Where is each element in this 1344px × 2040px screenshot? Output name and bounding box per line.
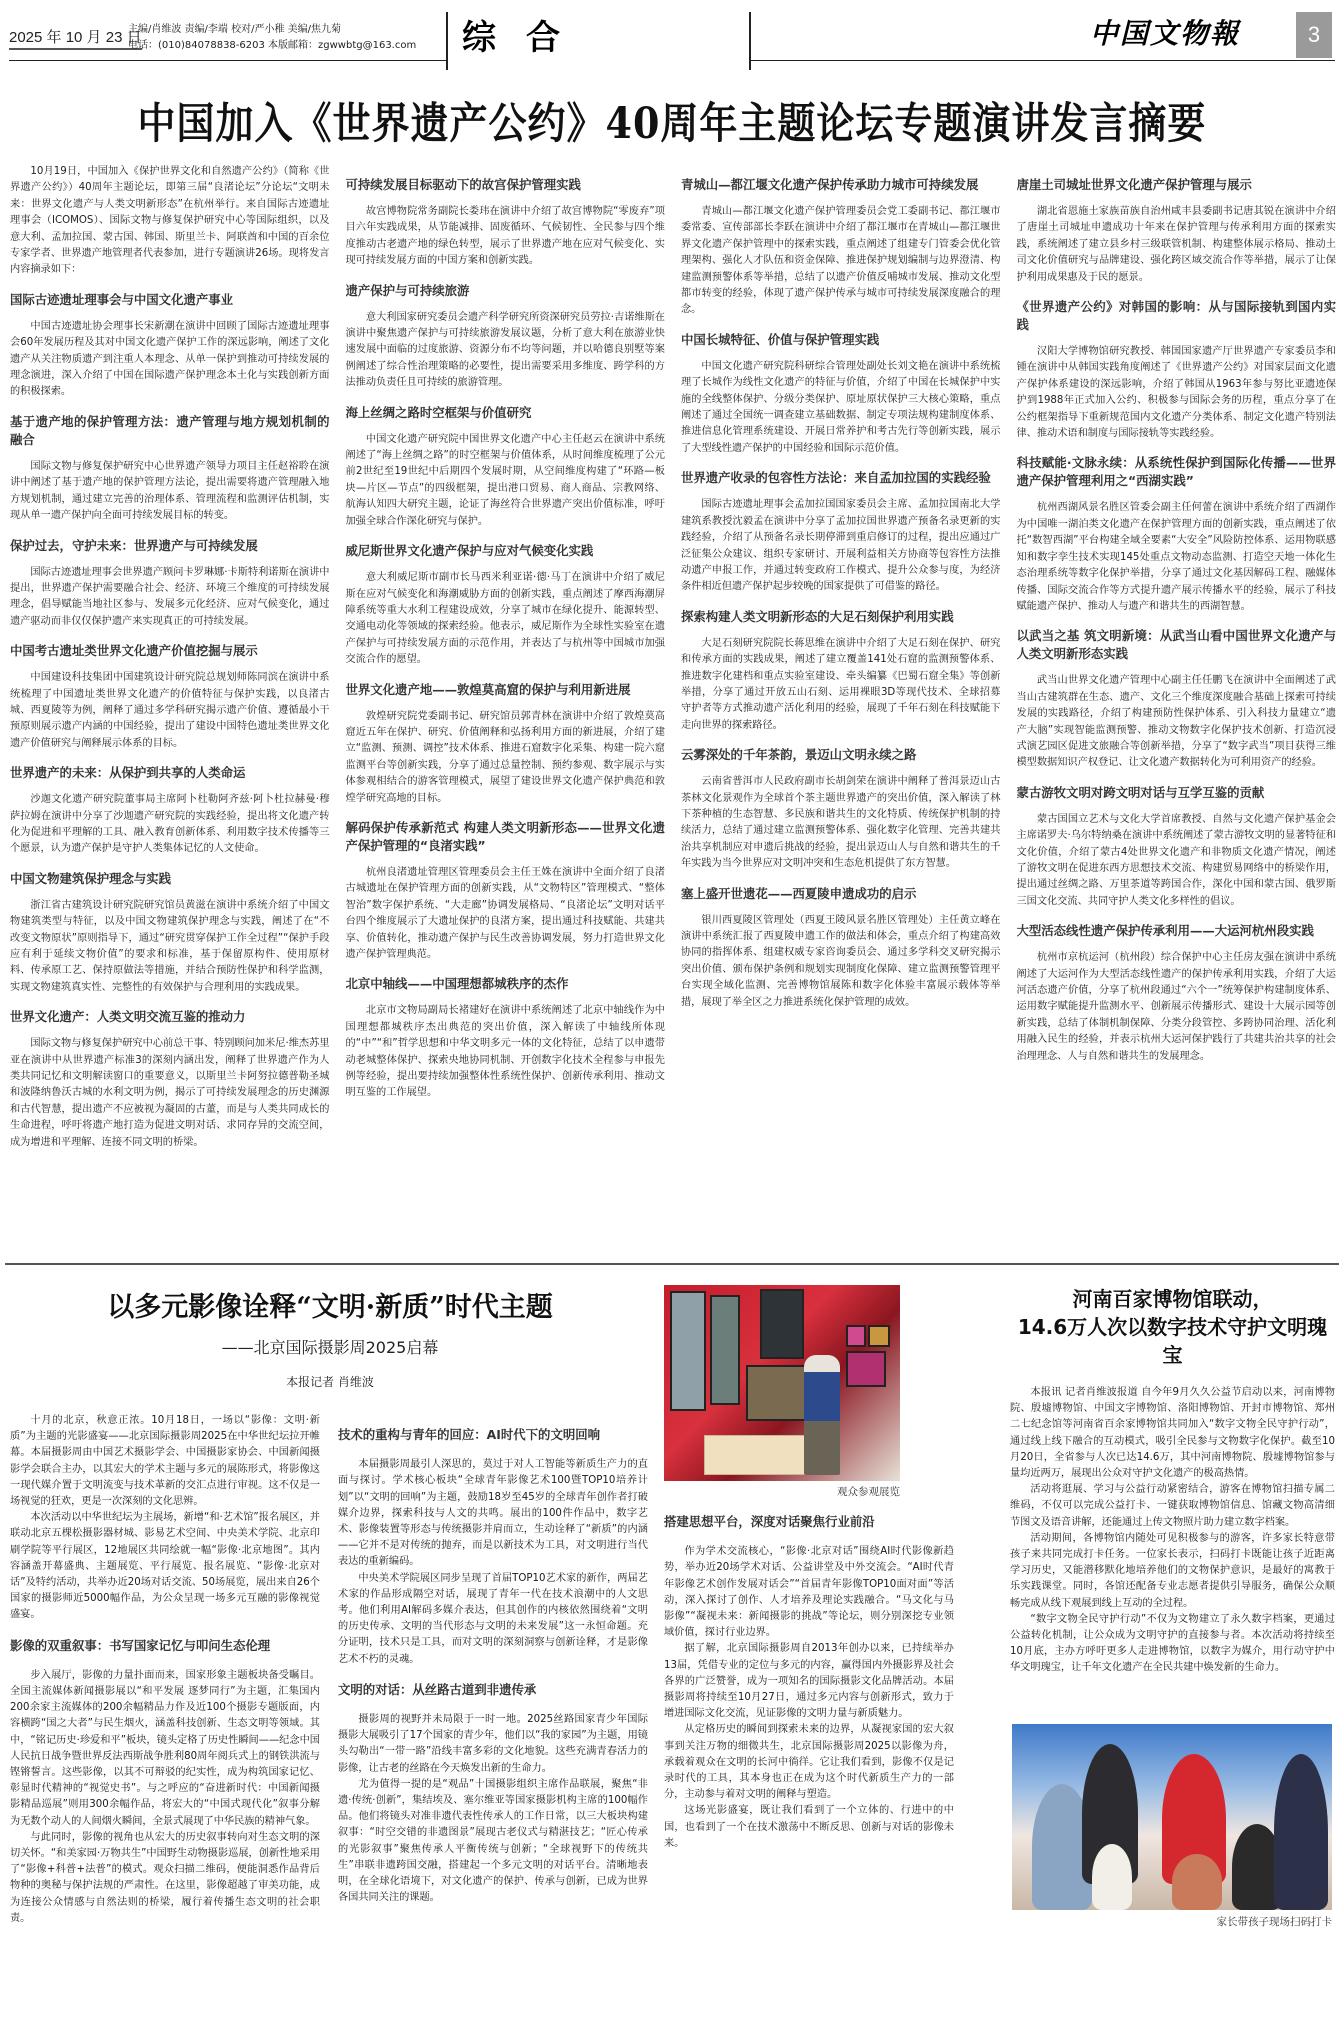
paragraph: 从定格历史的瞬间到探索未来的边界，从凝视家国的宏大叙事到关注万物的细微共生，北京…: [664, 1722, 954, 1803]
section-heading: 青城山—都江堰文化遗产保护传承助力城市可持续发展: [681, 176, 1001, 194]
paragraph: 中央美术学院展区同步呈现了首届TOP10艺术家的新作，两届艺术家的作品形成隔空对…: [338, 1571, 648, 1668]
section-body: 杭州市京杭运河（杭州段）综合保护中心主任房友强在演讲中系统阐述了大运河作为大型活…: [1017, 950, 1337, 1065]
section-heading: 大型活态线性遗产保护传承利用——大运河杭州段实践: [1017, 922, 1337, 940]
paragraph: 据了解，北京国际摄影周自2013年创办以来，已持续举办13届，凭借专业的定位与多…: [664, 1641, 954, 1722]
section-heading: 塞上盛开世遗花——西夏陵申遗成功的启示: [681, 885, 1001, 903]
masthead: 2025 年 10 月 23 日 主编/肖维波 责编/李端 校对/严小稚 美编/…: [0, 0, 1344, 70]
paragraph: 本报讯 记者肖维波报道 自今年9月久久公益节启动以来，河南博物院、殷墟博物馆、中…: [1010, 1385, 1335, 1482]
section-heading: 世界遗产的未来：从保护到共享的人类命运: [10, 764, 330, 782]
section-body: 故宫博物院常务副院长娄玮在演讲中介绍了故宫博物院“零废弃”项目六年实践成果，从节…: [346, 204, 666, 270]
museum-checkin-photo: [1012, 1724, 1332, 1910]
credits-contact: 电话：(010)84078838-6203 本版邮箱：zgwwbtg@163.c…: [128, 38, 416, 54]
paragraph: 活动将逛展、学习与公益行动紧密结合，游客在博物馆扫描专属二维码，不仅可以完成公益…: [1010, 1482, 1335, 1531]
page-number-badge: 3: [1296, 12, 1332, 58]
section-heading: 北京中轴线——中国理想都城秩序的杰作: [346, 975, 666, 993]
section-body: 中国古迹遗址协会理事长宋新潮在演讲中回顾了国际古迹遗址理事会60年发展历程及其对…: [10, 319, 330, 401]
section-body: 国际文物与修复保护研究中心前总干事、特别顾问加米尼·维杰苏里亚在演讲中从世界遗产…: [10, 1036, 330, 1151]
main-story-body: 10月19日，中国加入《保护世界文化和自然遗产公约》（简称《世界遗产公约》）40…: [10, 164, 1336, 1244]
paragraph: 尤为值得一提的是“观品”十国摄影组织主席作品联展，聚焦“非遗·传统·创新”，集结…: [338, 1777, 648, 1907]
section-heading: 海上丝绸之路时空框架与价值研究: [346, 404, 666, 422]
section-heading: 科技赋能·文脉永续：从系统性保护到国际化传播——世界遗产保护管理利用之“西湖实践…: [1017, 454, 1337, 490]
section-heading: 中国考古遗址类世界文化遗产价值挖掘与展示: [10, 642, 330, 660]
section-heading: 可持续发展目标驱动下的故宫保护管理实践: [346, 176, 666, 194]
section-bar-left: [446, 12, 448, 70]
visitor-figure: [804, 1355, 840, 1475]
section-body: 武当山世界文化遗产管理中心副主任任鹏飞在演讲中全面阐述了武当山古建筑群在生态、遗…: [1017, 673, 1337, 771]
section-heading: 搭建思想平台，深度对话聚焦行业前沿: [664, 1514, 954, 1530]
section-heading: 《世界遗产公约》对韩国的影响：从与国际接轨到国内实践: [1017, 298, 1337, 334]
paragraph: 十月的北京，秋意正浓。10月18日，一场以“影像：文明·新质”为主题的光影盛宴—…: [10, 1413, 320, 1510]
story-subtitle: ——北京国际摄影周2025启幕: [0, 1335, 660, 1358]
section-heading: 以武当之基 筑文明新境：从武当山看中国世界文化遗产与人类文明新形态实践: [1017, 627, 1337, 663]
photo-caption: 家长带孩子现场扫码打卡: [1012, 1914, 1332, 1929]
section-body: 国际古迹遗址理事会世界遗产顾问卡罗琳娜·卡斯特利诺斯在演讲中提出，世界遗产保护需…: [10, 565, 330, 631]
section-body: 国际文物与修复保护研究中心世界遗产领导力项目主任赵裕聆在演讲中阐述了基于遗产地的…: [10, 459, 330, 525]
section-body: 湖北省恩施土家族苗族自治州咸丰县委副书记唐其锐在演讲中介绍了唐崖土司城址申遗成功…: [1017, 204, 1337, 286]
section-body: 敦煌研究院党委副书记、研究馆员郭青林在演讲中介绍了敦煌莫高窟近五年在保护、研究、…: [346, 709, 666, 807]
headline-line-1: 河南百家博物馆联动，: [1010, 1285, 1335, 1313]
section-name: 综合: [462, 10, 590, 59]
section-body: 国际古迹遗址理事会孟加拉国国家委员会主席、孟加拉国南北大学建筑系教授沈毅孟在演讲…: [681, 497, 1001, 595]
section-heading: 国际古迹遗址理事会与中国文化遗产事业: [10, 291, 330, 309]
section-heading: 世界文化遗产地——敦煌莫高窟的保护与利用新进展: [346, 681, 666, 699]
section-heading: 世界文化遗产：人类文明交流互鉴的推动力: [10, 1008, 330, 1026]
paragraph: “数字文物全民守护行动”不仅为文物建立了永久数字档案，更通过公益转化机制，让公众…: [1010, 1612, 1335, 1677]
section-body: 中国文化遗产研究院科研综合管理处副处长刘文艳在演讲中系统梳理了长城作为线性文化遗…: [681, 359, 1001, 457]
paragraph: 活动期间，各博物馆内随处可见积极参与的游客，许多家长特意带孩子来共同完成打卡任务…: [1010, 1531, 1335, 1612]
intro-paragraph: 10月19日，中国加入《保护世界文化和自然遗产公约》（简称《世界遗产公约》）40…: [10, 164, 330, 279]
section-body: 意大利国家研究委员会遗产科学研究所资深研究员劳拉·吉诺维斯在演讲中聚焦遗产保护与…: [346, 310, 666, 392]
section-heading: 蒙古游牧文明对跨文明对话与互学互鉴的贡献: [1017, 784, 1337, 802]
section-heading: 遗产保护与可持续旅游: [346, 282, 666, 300]
section-body: 杭州良渚遗址管理区管理委员会主任王姝在演讲中全面介绍了良渚古城遗址在保护管理方面…: [346, 865, 666, 963]
henan-museum-story: 河南百家博物馆联动， 14.6万人次以数字技术守护文明瑰宝 本报讯 记者肖维波报…: [1010, 1285, 1335, 1677]
section-body: 青城山—都江堰文化遗产保护管理委员会党工委副书记、都江堰市委常委、宣传部部长李跃…: [681, 204, 1001, 319]
section-heading: 探索构建人类文明新形态的大足石刻保护利用实践: [681, 608, 1001, 626]
paragraph: 本届摄影周最引人深思的，莫过于对人工智能等新质生产力的直面与探讨。学术核心板块“…: [338, 1457, 648, 1570]
section-heading: 文明的对话：从丝路古道到非遗传承: [338, 1682, 648, 1698]
paragraph: 摄影周的视野并未局限于一时一地。2025丝路国家青少年国际摄影大展吸引了17个国…: [338, 1712, 648, 1777]
column-4: 唐崖土司城址世界文化遗产保护管理与展示 湖北省恩施土家族苗族自治州咸丰县委副书记…: [1017, 164, 1337, 1244]
section-divider: [5, 1263, 1339, 1265]
main-headline: 中国加入《世界遗产公约》40周年主题论坛专题演讲发言摘要: [0, 89, 1344, 151]
headline-line-2: 14.6万人次以数字技术守护文明瑰宝: [1010, 1313, 1335, 1369]
issue-date: 2025 年 10 月 23 日: [9, 26, 142, 50]
newspaper-logo: 中国文物報: [1090, 12, 1240, 52]
story-byline: 本报记者 肖维波: [0, 1373, 660, 1390]
section-body: 浙江省古建筑设计研究院研究馆员黄滋在演讲中系统介绍了中国文物建筑类型与特征，以及…: [10, 898, 330, 996]
credits-editors: 主编/肖维波 责编/李端 校对/严小稚 美编/焦九菊: [128, 22, 416, 38]
editor-credits: 主编/肖维波 责编/李端 校对/严小稚 美编/焦九菊 电话：(010)84078…: [128, 22, 416, 54]
section-heading: 世界遗产收录的包容性方法论：来自孟加拉国的实践经验: [681, 469, 1001, 487]
paragraph: 这场光影盛宴，既让我们看到了一个立体的、行进中的中国，也看到了一个在技术激荡中不…: [664, 1803, 954, 1852]
section-bar-right: [749, 12, 751, 70]
story-column-1: 十月的北京，秋意正浓。10月18日，一场以“影像：文明·新质”为主题的光影盛宴—…: [10, 1413, 320, 2040]
paragraph: 本次活动以中华世纪坛为主展场，新增“和·艺术馆”报名展区，并联动北京五棵松摄影器…: [10, 1510, 320, 1623]
section-body: 汉阳大学博物馆研究教授、韩国国家遗产厅世界遗产专家委员李和锺在演讲中从韩国实践角…: [1017, 344, 1337, 442]
section-heading: 唐崖土司城址世界文化遗产保护管理与展示: [1017, 176, 1337, 194]
section-heading: 威尼斯世界文化遗产保护与应对气候变化实践: [346, 542, 666, 560]
section-body: 北京市文物局副局长褚建好在演讲中系统阐述了北京中轴线作为中国理想都城秩序杰出典范…: [346, 1003, 666, 1101]
paragraph: 作为学术交流核心，“影像·北京对话”围绕AI时代影像新趋势，举办近20场学术对话…: [664, 1544, 954, 1641]
header-rule-left: [9, 60, 446, 61]
section-body: 大足石刻研究院院长蒋思维在演讲中介绍了大足石刻在保护、研究和传承方面的实践成果，…: [681, 636, 1001, 734]
section-heading: 中国文物建筑保护理念与实践: [10, 870, 330, 888]
section-body: 意大利威尼斯市副市长马西米利亚诺·德·马丁在演讲中介绍了威尼斯在应对气候变化和海…: [346, 570, 666, 668]
story-column-3: 搭建思想平台，深度对话聚焦行业前沿 作为学术交流核心，“影像·北京对话”围绕AI…: [664, 1500, 954, 1920]
story-column-2: 技术的重构与青年的回应：AI时代下的文明回响 本届摄影周最引人深思的，莫过于对人…: [338, 1413, 648, 2040]
section-body: 中国建设科技集团中国建筑设计研究院总规划师陈同滨在演讲中系统梳理了中国遗址类世界…: [10, 670, 330, 752]
section-heading: 技术的重构与青年的回应：AI时代下的文明回响: [338, 1427, 648, 1443]
section-heading: 云雾深处的千年茶韵，景迈山文明永续之路: [681, 746, 1001, 764]
story-headline: 以多元影像诠释“文明·新质”时代主题: [0, 1285, 660, 1324]
exhibition-photo: [664, 1285, 900, 1481]
section-body: 中国文化遗产研究院中国世界文化遗产中心主任赵云在演讲中系统阐述了“海上丝绸之路”…: [346, 432, 666, 530]
section-heading: 保护过去，守护未来：世界遗产与可持续发展: [10, 537, 330, 555]
section-body: 蒙古国国立艺术与文化大学首席教授、自然与文化遗产保护基金会主席诺罗夫·乌尔特纳桑…: [1017, 812, 1337, 910]
section-body: 银川西夏陵区管理处（西夏王陵风景名胜区管理处）主任黄立峰在演讲中系统汇报了西夏陵…: [681, 913, 1001, 1011]
section-body: 沙迦文化遗产研究院董事局主席阿卜杜勒阿齐兹·阿卜杜拉赫曼·穆萨拉姆在演讲中分享了…: [10, 792, 330, 858]
section-heading: 基于遗产地的保护管理方法：遗产管理与地方规划机制的融合: [10, 413, 330, 449]
story-body: 本报讯 记者肖维波报道 自今年9月久久公益节启动以来，河南博物院、殷墟博物馆、中…: [1010, 1385, 1335, 1677]
column-2: 可持续发展目标驱动下的故宫保护管理实践 故宫博物院常务副院长娄玮在演讲中介绍了故…: [346, 164, 666, 1244]
section-heading: 解码保护传承新范式 构建人类文明新形态——世界文化遗产保护管理的“良渚实践”: [346, 819, 666, 855]
section-body: 杭州西湖风景名胜区管委会副主任何蕾在演讲中系统介绍了西湖作为中国唯一湖泊类文化遗…: [1017, 500, 1337, 615]
story-headline: 河南百家博物馆联动， 14.6万人次以数字技术守护文明瑰宝: [1010, 1285, 1335, 1369]
photo-caption: 观众参观展览: [664, 1484, 900, 1499]
section-body: 云南省普洱市人民政府副市长胡剑荣在演讲中阐释了普洱景迈山古茶林文化景观作为全球首…: [681, 774, 1001, 872]
paragraph: 与此同时，影像的视角也从宏大的历史叙事转向对生态文明的深切关怀。“和美家园·万物…: [10, 1830, 320, 1927]
column-3: 青城山—都江堰文化遗产保护传承助力城市可持续发展 青城山—都江堰文化遗产保护管理…: [681, 164, 1001, 1244]
section-heading: 中国长城特征、价值与保护管理实践: [681, 331, 1001, 349]
header-rule-right: [751, 60, 1335, 61]
section-heading: 影像的双重叙事：书写国家记忆与叩问生态伦理: [10, 1638, 320, 1654]
paragraph: 步入展厅，影像的力量扑面而来，国家形象主题板块备受瞩目。全国主流媒体新闻摄影展以…: [10, 1668, 320, 1830]
column-1: 10月19日，中国加入《保护世界文化和自然遗产公约》（简称《世界遗产公约》）40…: [10, 164, 330, 1244]
